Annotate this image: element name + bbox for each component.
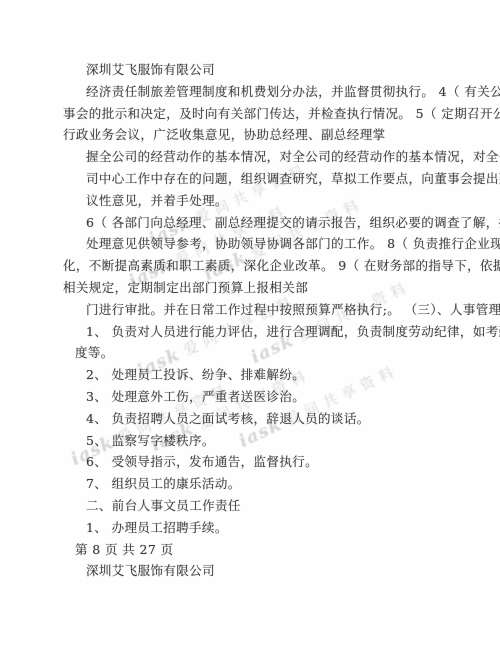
text-line: 二、前台人事文员工作责任 [63,495,463,517]
text-line: 3、 处理意外工伤，严重者送医诊治。 [63,386,463,408]
text-line: 深圳艾飞服饰有限公司 [63,560,463,582]
text-line: 5、 监察写字楼秩序。 [63,430,463,452]
text-line: 行政业务会议，广泛收集意见，协助总经理、副总经理掌 [63,124,463,146]
text-line: 4、 负责招聘人员之面试考核，辞退人员的谈话。 [63,408,463,430]
text-line: 经济责任制旅差管理制度和机费划分办法，并监督贯彻执行。 4（ 有关公司董 [63,81,463,103]
document-body: 深圳艾飞服饰有限公司经济责任制旅差管理制度和机费划分办法，并监督贯彻执行。 4（… [63,59,463,582]
document-page: iask爱问共享资料iask爱问共享资料iask爱问共享资料iask爱问共享资料… [0,0,500,647]
text-line: 6（ 各部门向总经理、副总经理提交的请示报告，组织必要的调查了解，提出 [63,212,463,234]
text-line: 7、 组织员工的康乐活动。 [63,473,463,495]
text-line: 事会的批示和决定，及时向有关部门传达，并检查执行情况。 5（ 定期召开公司的 [63,103,463,125]
text-line: 处理意见供领导参考，协助领导协调各部门的工作。 8（ 负责推行企业现代 [63,233,463,255]
text-line: 1、 办理员工招聘手续。 [63,517,463,539]
text-line: 第 8 页 共 27 页 [63,539,463,561]
text-line: 相关规定，定期制定出部门预算上报相关部 [63,277,463,299]
text-line: 6、 受领导指示，发布通告，监督执行。 [63,451,463,473]
text-line: 化，不断提高素质和职工素质，深化企业改革。 9（ 在财务部的指导下，依据公司 [63,255,463,277]
text-line: 司中心工作中存在的问题，组织调查研究，草拟工作要点，向董事会提出建 [63,168,463,190]
text-line: 2、 处理员工投诉、纷争、排难解纷。 [63,364,463,386]
text-line: 门进行审批。并在日常工作过程中按照预算严格执行;。 （三）、人事管理工作 [63,299,463,321]
text-line: 度等。 [63,342,463,364]
text-line: 握全公司的经营动作的基本情况，对全公司的经营动作的基本情况，对全公 [63,146,463,168]
text-line: 深圳艾飞服饰有限公司 [63,59,463,81]
text-line: 议性意见，并着手处理。 [63,190,463,212]
text-line: 1、 负责对人员进行能力评估，进行合理调配，负责制度劳动纪律，如考勤制 [63,321,463,343]
